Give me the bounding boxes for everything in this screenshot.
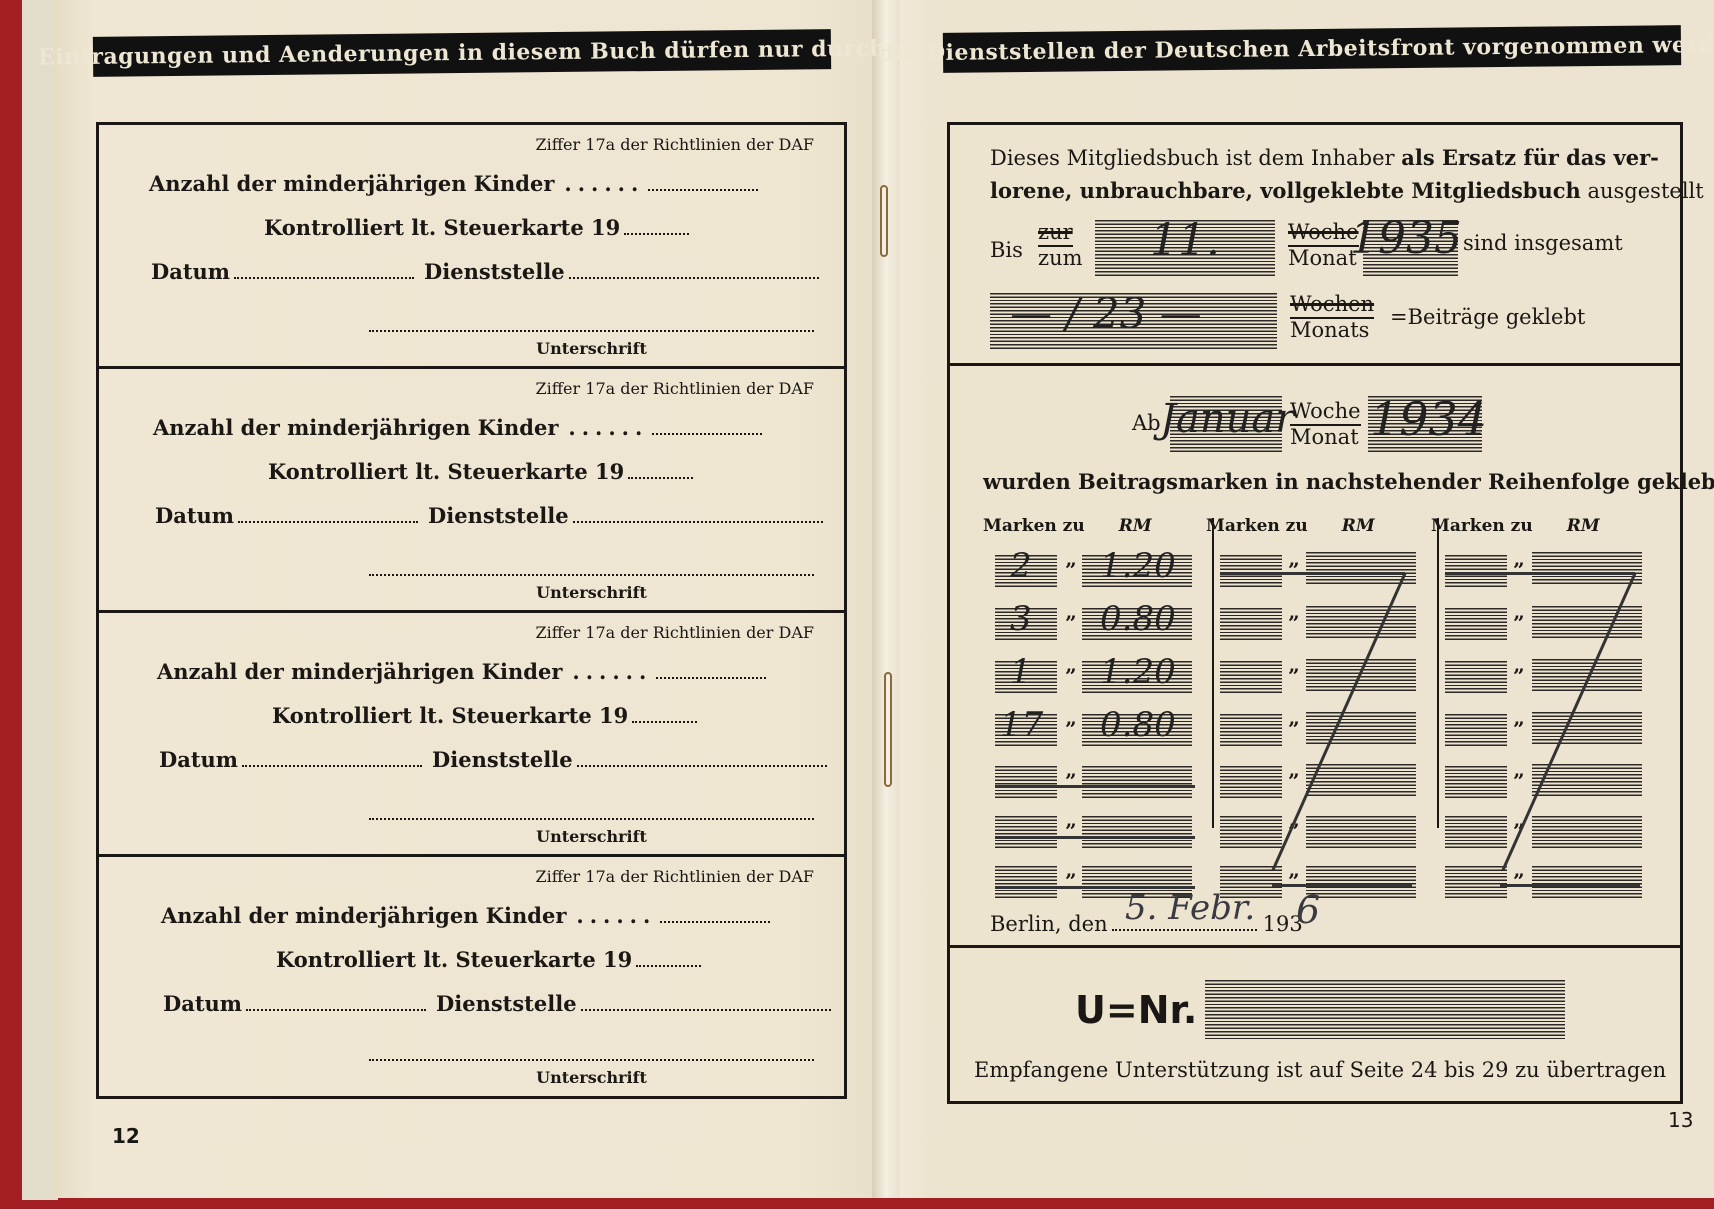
ditto-mark: ” — [1288, 717, 1300, 741]
stamp-amount-field[interactable] — [1532, 606, 1642, 639]
date-field[interactable] — [242, 761, 422, 767]
column-header: Marken zuRM — [1431, 516, 1600, 536]
stamp-amount-field[interactable] — [1306, 606, 1416, 639]
children-count-row: Anzahl der minderjährigen Kinder ...... — [157, 659, 766, 684]
column-header-label: Marken zu — [983, 516, 1085, 536]
column-header: Marken zuRM — [1206, 516, 1375, 536]
leader-dots: ...... — [568, 415, 648, 440]
fraction-bottom: zum — [1038, 247, 1083, 270]
year-handwritten: 1935 — [1350, 213, 1462, 264]
children-count-row: Anzahl der minderjährigen Kinder ...... — [161, 903, 770, 928]
stamp-amount-handwritten: 1.20 — [1100, 546, 1176, 586]
children-count-row: Anzahl der minderjährigen Kinder ...... — [149, 171, 758, 196]
ditto-mark: ” — [1288, 664, 1300, 688]
ditto-mark: ” — [1065, 558, 1077, 582]
ditto-mark: ” — [1513, 558, 1525, 582]
children-count-label: Anzahl der minderjährigen Kinder — [157, 659, 562, 684]
place-label: Berlin, den — [990, 912, 1108, 936]
fraction-bottom: Monat — [1290, 426, 1359, 449]
page-number-right: 13 — [1668, 1108, 1693, 1132]
date-office-row: Datum Dienststelle — [151, 259, 819, 284]
ditto-mark: ” — [1288, 611, 1300, 635]
form-block: Ziffer 17a der Richtlinien der DAF Anzah… — [99, 613, 844, 857]
stamp-count-field[interactable] — [1445, 714, 1507, 747]
stamp-amount-handwritten: 0.80 — [1100, 599, 1176, 639]
stamp-amount-field[interactable] — [1082, 816, 1192, 849]
stamp-count-field[interactable] — [1220, 816, 1282, 849]
ditto-mark: ” — [1288, 558, 1300, 582]
ditto-mark: ” — [1065, 717, 1077, 741]
rule-reference: Ziffer 17a der Richtlinien der DAF — [535, 135, 814, 154]
page-number-left: 12 — [112, 1124, 140, 1148]
office-label: Dienststelle — [428, 503, 569, 528]
tax-card-label: Kontrolliert lt. Steuerkarte 19 — [276, 947, 632, 972]
date-label: Datum — [151, 259, 230, 284]
statement-bold-text: lorene, unbrauchbare, vollgeklebte Mitgl… — [990, 178, 1581, 203]
stamp-amount-handwritten: 0.80 — [1100, 705, 1176, 745]
form-block: Ziffer 17a der Richtlinien der DAF Anzah… — [99, 125, 844, 369]
date-field[interactable] — [234, 273, 414, 279]
ditto-mark: ” — [1288, 769, 1300, 793]
bis-value-handwritten: 11. — [1150, 215, 1220, 266]
tax-card-year-field[interactable] — [628, 473, 693, 479]
stamp-count-handwritten: 2 — [1010, 546, 1032, 586]
stamp-count-field[interactable] — [1445, 866, 1507, 899]
signature-field[interactable] — [369, 818, 814, 820]
ditto-mark: ” — [1513, 869, 1525, 893]
column-header-label: Marken zu — [1206, 516, 1308, 536]
children-count-label: Anzahl der minderjährigen Kinder — [161, 903, 566, 928]
currency-label: RM — [1342, 516, 1375, 536]
signature-label: Unterschrift — [99, 827, 844, 846]
statement-text: Dieses Mitgliedsbuch ist dem Inhaber — [990, 146, 1401, 170]
replacement-section: Dieses Mitgliedsbuch ist dem Inhaber als… — [950, 125, 1680, 366]
stamps-heading: wurden Beitragsmarken in nachstehender R… — [983, 469, 1714, 494]
bis-label: Bis — [990, 238, 1023, 262]
left-header-banner: Eintragungen und Aenderungen in diesem B… — [93, 29, 831, 77]
fraction-bottom: Monats — [1290, 319, 1369, 342]
date-office-row: Datum Dienststelle — [159, 747, 827, 772]
office-field[interactable] — [577, 761, 827, 767]
stamp-count-field[interactable] — [1220, 766, 1282, 799]
tax-card-row: Kontrolliert lt. Steuerkarte 19 — [272, 703, 697, 728]
staple-top — [880, 185, 888, 257]
ditto-mark: ” — [1065, 664, 1077, 688]
signature-field[interactable] — [369, 330, 814, 332]
tax-card-label: Kontrolliert lt. Steuerkarte 19 — [264, 215, 620, 240]
office-label: Dienststelle — [436, 991, 577, 1016]
period-fraction: Woche Monat — [1288, 221, 1359, 270]
cancellation-line-bottom — [1500, 884, 1640, 887]
replacement-statement-line2: lorene, unbrauchbare, vollgeklebte Mitgl… — [990, 178, 1704, 203]
fraction-top: Woche — [1288, 221, 1359, 247]
stamp-count-field[interactable] — [1445, 661, 1507, 694]
signature-label: Unterschrift — [99, 583, 844, 602]
ditto-mark: ” — [1513, 717, 1525, 741]
stamp-amount-field[interactable] — [1306, 866, 1416, 899]
tax-card-year-field[interactable] — [632, 717, 697, 723]
book-spine — [872, 0, 900, 1198]
tax-card-year-field[interactable] — [624, 229, 689, 235]
currency-label: RM — [1119, 516, 1152, 536]
office-field[interactable] — [573, 517, 823, 523]
replacement-statement-line1: Dieses Mitgliedsbuch ist dem Inhaber als… — [990, 145, 1659, 170]
tax-card-label: Kontrolliert lt. Steuerkarte 19 — [272, 703, 628, 728]
rule-reference: Ziffer 17a der Richtlinien der DAF — [535, 379, 814, 398]
ditto-mark: ” — [1065, 869, 1077, 893]
tax-card-row: Kontrolliert lt. Steuerkarte 19 — [268, 459, 693, 484]
ab-year-handwritten: 1934 — [1370, 392, 1487, 446]
count-handwritten: — / 23 — — [1010, 289, 1202, 338]
stamp-amount-field[interactable] — [1532, 552, 1642, 585]
right-header-banner: die Dienststellen der Deutschen Arbeitsf… — [943, 25, 1681, 73]
cancellation-line-bottom — [1272, 884, 1412, 887]
column-header: Marken zuRM — [983, 516, 1152, 536]
support-transfer-note: Empfangene Unterstützung ist auf Seite 2… — [974, 1058, 1666, 1082]
date-office-row: Datum Dienststelle — [163, 991, 831, 1016]
stamps-section: Ab Januar Woche Monat 1934 wurden Beitra… — [950, 366, 1680, 948]
signature-label: Unterschrift — [99, 1068, 844, 1087]
statement-bold-text: als Ersatz für das ver- — [1401, 145, 1659, 170]
ditto-mark: ” — [1065, 819, 1077, 843]
stamp-count-field[interactable] — [1220, 661, 1282, 694]
ditto-mark: ” — [1065, 769, 1077, 793]
ditto-mark: ” — [1513, 664, 1525, 688]
children-count-field[interactable] — [648, 185, 758, 191]
strike-through-line — [995, 836, 1195, 839]
unr-field[interactable] — [1205, 980, 1565, 1040]
column-divider — [1437, 518, 1439, 828]
stamp-count-field[interactable] — [995, 816, 1057, 849]
ditto-mark: ” — [1513, 769, 1525, 793]
children-count-row: Anzahl der minderjährigen Kinder ...... — [153, 415, 762, 440]
date-label: Datum — [163, 991, 242, 1016]
issue-date-handwritten: 5. Febr. — [1125, 888, 1255, 928]
leader-dots: ...... — [564, 171, 644, 196]
stamp-amount-field[interactable] — [1532, 712, 1642, 745]
children-count-label: Anzahl der minderjährigen Kinder — [149, 171, 554, 196]
stamp-count-field[interactable] — [995, 766, 1057, 799]
date-label: Datum — [159, 747, 238, 772]
cancellation-line-top — [1445, 572, 1635, 575]
count-suffix: =Beiträge geklebt — [1390, 305, 1585, 329]
fraction-bottom: Monat — [1288, 247, 1357, 270]
tax-card-row: Kontrolliert lt. Steuerkarte 19 — [276, 947, 701, 972]
stamp-amount-field[interactable] — [1306, 764, 1416, 797]
bis-fraction: zur zum — [1038, 221, 1083, 270]
office-field[interactable] — [581, 1005, 831, 1011]
staple-bottom — [884, 672, 892, 787]
rule-reference: Ziffer 17a der Richtlinien der DAF — [535, 623, 814, 642]
leader-dots: ...... — [572, 659, 652, 684]
unr-section: U=Nr. Empfangene Unterstützung ist auf S… — [950, 948, 1680, 1101]
office-label: Dienststelle — [432, 747, 573, 772]
stamp-count-field[interactable] — [1445, 816, 1507, 849]
rule-reference: Ziffer 17a der Richtlinien der DAF — [535, 867, 814, 886]
stamp-count-field[interactable] — [1445, 608, 1507, 641]
ditto-mark: ” — [1065, 611, 1077, 635]
signature-field[interactable] — [369, 1059, 814, 1061]
ditto-mark: ” — [1513, 611, 1525, 635]
date-label: Datum — [155, 503, 234, 528]
ab-fraction: Woche Monat — [1290, 400, 1361, 449]
stamp-amount-field[interactable] — [1306, 816, 1416, 849]
stamp-count-field[interactable] — [995, 866, 1057, 899]
stamp-count-field[interactable] — [1220, 714, 1282, 747]
stamp-count-field[interactable] — [1220, 608, 1282, 641]
currency-label: RM — [1567, 516, 1600, 536]
fraction-top: Woche — [1290, 400, 1361, 426]
form-block: Ziffer 17a der Richtlinien der DAF Anzah… — [99, 857, 844, 1101]
children-count-field[interactable] — [652, 429, 762, 435]
unr-label: U=Nr. — [1075, 988, 1197, 1032]
fraction-top: Wochen — [1290, 293, 1374, 319]
tax-card-year-field[interactable] — [636, 961, 701, 967]
tax-card-label: Kontrolliert lt. Steuerkarte 19 — [268, 459, 624, 484]
date-office-row: Datum Dienststelle — [155, 503, 823, 528]
signature-label: Unterschrift — [99, 339, 844, 358]
right-form-frame: Dieses Mitgliedsbuch ist dem Inhaber als… — [947, 122, 1683, 1104]
stamp-amount-handwritten: 1.20 — [1100, 652, 1176, 692]
date-field[interactable] — [238, 517, 418, 523]
children-count-field[interactable] — [660, 917, 770, 923]
fraction-top: zur — [1038, 221, 1073, 247]
stamp-count-handwritten: 1 — [1010, 652, 1032, 692]
issue-year-handwritten: 6 — [1296, 888, 1320, 932]
ab-value-handwritten: Januar — [1160, 396, 1294, 442]
form-block: Ziffer 17a der Richtlinien der DAF Anzah… — [99, 369, 844, 613]
stamp-count-field[interactable] — [1445, 766, 1507, 799]
stamp-amount-field[interactable] — [1532, 866, 1642, 899]
date-field[interactable] — [246, 1005, 426, 1011]
stamp-amount-field[interactable] — [1082, 766, 1192, 799]
children-count-label: Anzahl der minderjährigen Kinder — [153, 415, 558, 440]
column-divider — [1212, 518, 1214, 828]
ab-label: Ab — [1132, 411, 1161, 435]
stamp-count-handwritten: 3 — [1010, 599, 1032, 639]
leader-dots: ...... — [576, 903, 656, 928]
statement-text: ausgestellt — [1581, 179, 1704, 203]
tax-card-row: Kontrolliert lt. Steuerkarte 19 — [264, 215, 689, 240]
column-header-label: Marken zu — [1431, 516, 1533, 536]
strike-through-line — [995, 785, 1195, 788]
children-count-field[interactable] — [656, 673, 766, 679]
office-field[interactable] — [569, 273, 819, 279]
stamp-amount-field[interactable] — [1306, 712, 1416, 745]
stamp-count-handwritten: 17 — [1000, 705, 1043, 745]
total-label: sind insgesamt — [1463, 231, 1623, 255]
count-fraction: Wochen Monats — [1290, 293, 1374, 342]
signature-field[interactable] — [369, 574, 814, 576]
left-form-frame: Ziffer 17a der Richtlinien der DAF Anzah… — [96, 122, 847, 1099]
office-label: Dienststelle — [424, 259, 565, 284]
cancellation-line-top — [1220, 572, 1405, 575]
stamp-amount-field[interactable] — [1532, 816, 1642, 849]
